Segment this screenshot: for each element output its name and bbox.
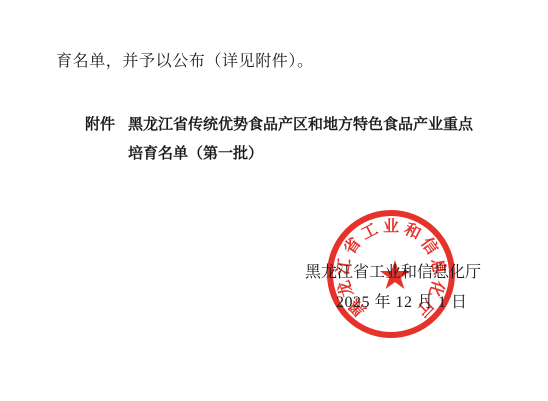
svg-text:业: 业 [383,218,399,236]
attachment-title-line2: 培育名单（第一批） [128,145,263,162]
agency-signature: 黑龙江省工业和信息化厅 [305,264,481,282]
body-paragraph: 育名单，并予以公布（详见附件）。 [56,53,314,71]
document-date: 2025 年 12 月 1 日 [336,294,468,312]
attachment-label: 附件 [85,116,115,133]
svg-text:工: 工 [359,221,381,243]
document-page: 育名单，并予以公布（详见附件）。 附件 黑龙江省传统优势食品产区和地方特色食品产… [0,0,548,401]
attachment-title-line1: 黑龙江省传统优势食品产区和地方特色食品产业重点 [128,116,473,133]
